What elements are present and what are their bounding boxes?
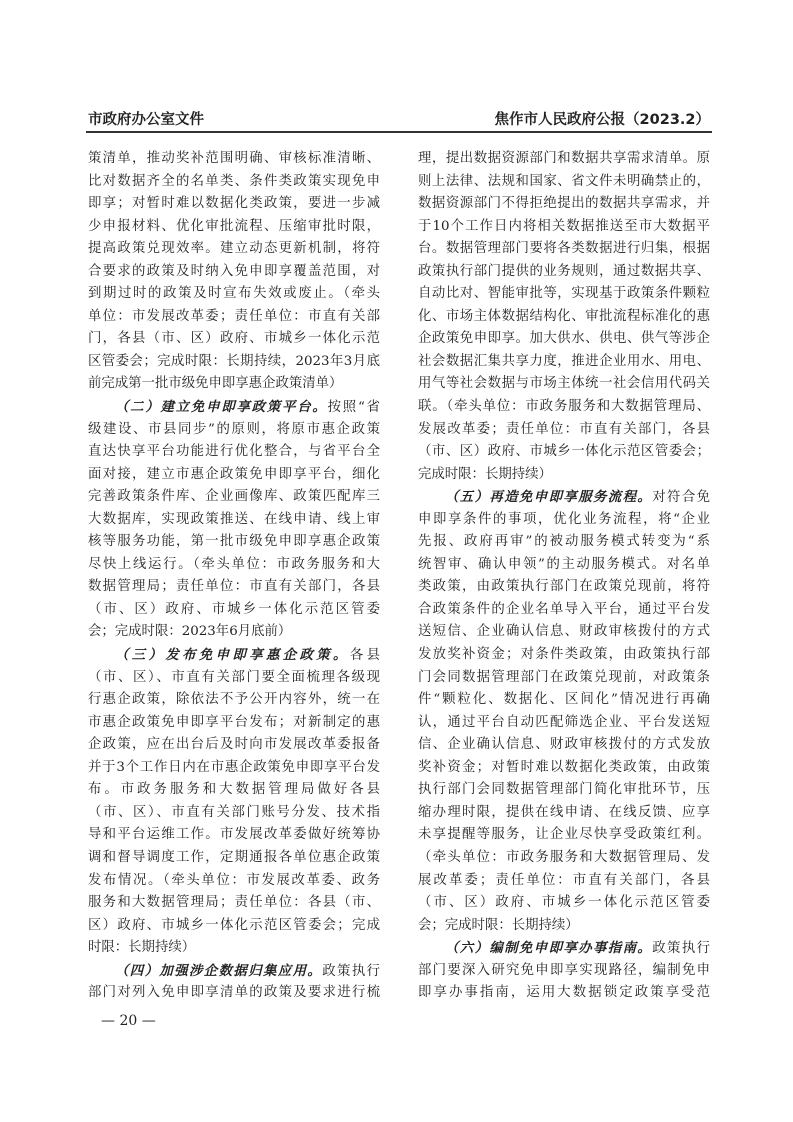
- header-publication-title: 焦作市人民政府公报（2023.2）: [495, 108, 710, 129]
- section-heading: （三）发布免申即享惠企政策。: [115, 647, 350, 663]
- line-text: 部门要深入研究免申即享实现路径，编制免申: [418, 963, 710, 978]
- text-line: （市、区）政府、市城乡一体化示范区管委: [418, 892, 710, 915]
- text-line: 展改革委；责任单位：市直有关部门，各县: [418, 870, 710, 893]
- text-line: 布。市政务服务和大数据管理局做好各县: [88, 779, 380, 802]
- line-text: 于10个工作日内将相关数据推送至市大数据平: [418, 219, 710, 234]
- line-text: 政策执行部门提供的业务规则，通过数据共享、: [418, 264, 710, 279]
- line-text: 发布情况。（牵头单位：市发展改革委、政务: [88, 873, 380, 888]
- header-rule-divider: [86, 131, 712, 133]
- text-line: （市、区）政府、市城乡一体化示范区管委会；: [418, 441, 710, 464]
- text-line: 奖补资金；对暂时难以数据化类政策，由政策: [418, 757, 710, 780]
- line-text: 完善政策条件库、企业画像库、政策匹配库三: [88, 489, 380, 504]
- text-line: 类政策，由政策执行部门在政策兑现前，将符: [418, 576, 710, 599]
- text-line: 完善政策条件库、企业画像库、政策匹配库三: [88, 486, 380, 509]
- text-line: 调和督导调度工作，定期通报各单位惠企政策: [88, 847, 380, 870]
- line-text: 单位：市发展改革委；责任单位：市直有关部: [88, 309, 380, 324]
- line-text: 社会数据汇集共享力度，推进企业用水、用电、: [418, 354, 710, 369]
- line-text: 合政策条件的企业名单导入平台，通过平台发: [418, 602, 710, 617]
- line-text: 各县: [350, 648, 380, 663]
- line-text: 即享办事指南，运用大数据锁定政策享受范: [418, 985, 710, 1000]
- line-text: 核等服务功能，第一批市级免申即享惠企政策: [88, 534, 380, 549]
- line-text: 到期过时的政策及时宣布失效或废止。（牵头: [88, 286, 380, 301]
- line-text: （市、区）、市直有关部门要全面梳理各级现: [88, 670, 380, 685]
- line-text: （市、区）政府、市城乡一体化示范区管委: [418, 895, 710, 910]
- line-text: 执行部门会同数据管理部门简化审批环节，压: [418, 782, 710, 797]
- text-line: 核等服务功能，第一批市级免申即享惠企政策: [88, 531, 380, 554]
- section-heading-line: （二）建立免申即享政策平台。按照“省: [88, 396, 380, 419]
- text-line: 政策执行部门提供的业务规则，通过数据共享、: [418, 261, 710, 284]
- page-number: — 20 —: [101, 1013, 156, 1029]
- text-line: 发展改革委；责任单位：市直有关部门，各县: [418, 419, 710, 442]
- header-section-title: 市政府办公室文件: [88, 108, 204, 129]
- line-text: 大数据库，实现政策推送、在线申请、线上审: [88, 512, 380, 527]
- text-line: 即享办事指南，运用大数据锁定政策享受范: [418, 982, 710, 1005]
- line-text: 并于3个工作日内在市惠企政策免申即享平台发: [88, 760, 380, 775]
- line-text: 化、市场主体数据结构化、审批流程标准化的惠: [418, 309, 710, 324]
- line-text: 未享提醒等服务，让企业尽快享受政策红利。: [418, 827, 710, 842]
- line-text: 政策执行: [652, 941, 710, 956]
- right-text-column: 理，提出数据资源部门和数据共享需求清单。原则上法律、法规和国家、省文件未明确禁止…: [418, 148, 710, 1005]
- line-text: 提高政策兑现效率。建立动态更新机制，将符: [88, 241, 380, 256]
- text-line: 尽快上线运行。（牵头单位：市政务服务和大: [88, 554, 380, 577]
- line-text: 自动比对、智能审批等，实现基于政策条件颗粒: [418, 286, 710, 301]
- line-text: 会；完成时限：2023年6月底前）: [88, 624, 291, 639]
- line-text: 送短信、企业确认信息、财政审核拨付的方式: [418, 624, 710, 639]
- line-text: 统智审、确认申领”的主动服务模式。对名单: [418, 557, 710, 572]
- text-line: 级建设、市县同步”的原则，将原市惠企政策: [88, 419, 380, 442]
- text-line: 完成时限：长期持续）: [418, 464, 710, 487]
- line-text: 门，各县（市、区）政府、市城乡一体化示范: [88, 331, 380, 346]
- line-text: 奖补资金；对暂时难以数据化类政策，由政策: [418, 760, 710, 775]
- line-text: 对符合免: [652, 490, 710, 505]
- line-text: 用气等社会数据与市场主体统一社会信用代码关: [418, 376, 710, 391]
- text-line: 策清单，推动奖补范围明确、审核标准清晰、: [88, 148, 380, 171]
- text-line: 门，各县（市、区）政府、市城乡一体化示范: [88, 328, 380, 351]
- text-line: 企政策，应在出台后及时向市发展改革委报备: [88, 734, 380, 757]
- text-line: 件“颗粒化、数据化、区间化”情况进行再确: [418, 689, 710, 712]
- line-text: 合要求的政策及时纳入免申即享覆盖范围，对: [88, 264, 380, 279]
- line-text: 先报、政府再审”的被动服务模式转变为“系: [418, 534, 710, 549]
- line-text: 发放奖补资金；对条件类政策，由政策执行部: [418, 647, 710, 662]
- text-line: 即享；对暂时难以数据化类政策，要进一步减: [88, 193, 380, 216]
- line-text: 服务和大数据管理局；责任单位：各县（市、: [88, 895, 380, 910]
- text-line: 社会数据汇集共享力度，推进企业用水、用电、: [418, 351, 710, 374]
- text-line: 时限：长期持续）: [88, 937, 380, 960]
- section-heading-line: （三）发布免申即享惠企政策。各县: [88, 644, 380, 667]
- line-text: 比对数据齐全的名单类、条件类政策实现免申: [88, 174, 380, 189]
- line-text: 展改革委；责任单位：市直有关部门，各县: [418, 873, 710, 888]
- text-line: 认，通过平台自动匹配筛选企业、平台发送短: [418, 712, 710, 735]
- text-line: 单位：市发展改革委；责任单位：市直有关部: [88, 306, 380, 329]
- text-line: 联。（牵头单位：市政务服务和大数据管理局、: [418, 396, 710, 419]
- line-text: 完成时限：长期持续）: [418, 467, 552, 482]
- text-line: 送短信、企业确认信息、财政审核拨付的方式: [418, 621, 710, 644]
- text-line: 理，提出数据资源部门和数据共享需求清单。原: [418, 148, 710, 171]
- text-line: 发放奖补资金；对条件类政策，由政策执行部: [418, 644, 710, 667]
- text-line: 台。数据管理部门要将各类数据进行归集，根据: [418, 238, 710, 261]
- running-header: 市政府办公室文件 焦作市人民政府公报（2023.2）: [88, 108, 710, 130]
- text-line: 提高政策兑现效率。建立动态更新机制，将符: [88, 238, 380, 261]
- text-line: 服务和大数据管理局；责任单位：各县（市、: [88, 892, 380, 915]
- line-text: 部门对列入免申即享清单的政策及要求进行梳: [88, 985, 380, 1000]
- line-text: 理，提出数据资源部门和数据共享需求清单。原: [418, 151, 710, 166]
- text-line: （市、区）、市直有关部门账号分发、技术指: [88, 802, 380, 825]
- line-text: 行惠企政策，除依法不予公开内容外，统一在: [88, 692, 380, 707]
- line-text: 少申报材料、优化审批流程、压缩审批时限，: [88, 219, 380, 234]
- text-line: 合政策条件的企业名单导入平台，通过平台发: [418, 599, 710, 622]
- text-line: 会；完成时限：长期持续）: [418, 915, 710, 938]
- section-heading: （五）再造免申即享服务流程。: [445, 489, 652, 505]
- text-line: 到期过时的政策及时宣布失效或废止。（牵头: [88, 283, 380, 306]
- section-heading-line: （四）加强涉企数据归集应用。政策执行: [88, 960, 380, 983]
- section-heading: （四）加强涉企数据归集应用。: [115, 963, 322, 979]
- line-text: 缩办理时限，提供在线申请、在线反馈、应享: [418, 805, 710, 820]
- line-text: 信、企业确认信息、财政审核拨付的方式发放: [418, 737, 710, 752]
- line-text: 会；完成时限：长期持续）: [418, 918, 579, 933]
- line-text: 门会同数据管理部门在政策兑现前，对政策条: [418, 670, 710, 685]
- line-text: 策清单，推动奖补范围明确、审核标准清晰、: [88, 151, 380, 166]
- line-text: 调和督导调度工作，定期通报各单位惠企政策: [88, 850, 380, 865]
- text-line: 比对数据齐全的名单类、条件类政策实现免申: [88, 171, 380, 194]
- text-line: 会；完成时限：2023年6月底前）: [88, 621, 380, 644]
- text-line: 合要求的政策及时纳入免申即享覆盖范围，对: [88, 261, 380, 284]
- text-line: 部门对列入免申即享清单的政策及要求进行梳: [88, 982, 380, 1005]
- text-line: （牵头单位：市政务服务和大数据管理局、发: [418, 847, 710, 870]
- text-line: 企政策免申即享。加大供水、供电、供气等涉企: [418, 328, 710, 351]
- line-text: 数据管理局；责任单位：市直有关部门，各县: [88, 579, 380, 594]
- text-line: 先报、政府再审”的被动服务模式转变为“系: [418, 531, 710, 554]
- line-text: 区）政府、市城乡一体化示范区管委会；完成: [88, 918, 380, 933]
- line-text: 布。市政务服务和大数据管理局做好各县: [88, 782, 380, 797]
- text-line: 前完成第一批市级免申即享惠企政策清单）: [88, 373, 380, 396]
- text-line: 未享提醒等服务，让企业尽快享受政策红利。: [418, 824, 710, 847]
- text-line: 数据资源部门不得拒绝提出的数据共享需求，并: [418, 193, 710, 216]
- text-line: 导和平台运维工作。市发展改革委做好统筹协: [88, 824, 380, 847]
- line-text: 市惠企政策免申即享平台发布；对新制定的惠: [88, 715, 380, 730]
- text-line: 行惠企政策，除依法不予公开内容外，统一在: [88, 689, 380, 712]
- text-line: 部门要深入研究免申即享实现路径，编制免申: [418, 960, 710, 983]
- text-line: 发布情况。（牵头单位：市发展改革委、政务: [88, 870, 380, 893]
- text-line: （市、区）政府、市城乡一体化示范区管委: [88, 599, 380, 622]
- line-text: 申即享条件的事项，优化业务流程，将“企业: [418, 512, 710, 527]
- section-heading-line: （五）再造免申即享服务流程。对符合免: [418, 486, 710, 509]
- line-text: 前完成第一批市级免申即享惠企政策清单）: [88, 376, 342, 391]
- line-text: 发展改革委；责任单位：市直有关部门，各县: [418, 422, 710, 437]
- line-text: 直达快享平台功能进行优化整合，与省平台全: [88, 444, 380, 459]
- text-line: 用气等社会数据与市场主体统一社会信用代码关: [418, 373, 710, 396]
- text-line: 信、企业确认信息、财政审核拨付的方式发放: [418, 734, 710, 757]
- line-text: （市、区）、市直有关部门账号分发、技术指: [88, 805, 380, 820]
- text-line: 于10个工作日内将相关数据推送至市大数据平: [418, 216, 710, 239]
- line-text: 即享；对暂时难以数据化类政策，要进一步减: [88, 196, 380, 211]
- text-line: 少申报材料、优化审批流程、压缩审批时限，: [88, 216, 380, 239]
- section-heading-line: （六）编制免申即享办事指南。政策执行: [418, 937, 710, 960]
- line-text: 联。（牵头单位：市政务服务和大数据管理局、: [418, 399, 710, 414]
- line-text: 认，通过平台自动匹配筛选企业、平台发送短: [418, 715, 710, 730]
- line-text: （市、区）政府、市城乡一体化示范区管委: [88, 602, 380, 617]
- line-text: 尽快上线运行。（牵头单位：市政务服务和大: [88, 557, 380, 572]
- text-line: 数据管理局；责任单位：市直有关部门，各县: [88, 576, 380, 599]
- text-line: （市、区）、市直有关部门要全面梳理各级现: [88, 667, 380, 690]
- line-text: 按照“省: [328, 400, 380, 415]
- line-text: （牵头单位：市政务服务和大数据管理局、发: [418, 850, 710, 865]
- line-text: （市、区）政府、市城乡一体化示范区管委会；: [418, 444, 710, 459]
- line-text: 时限：长期持续）: [88, 940, 195, 955]
- line-text: 导和平台运维工作。市发展改革委做好统筹协: [88, 827, 380, 842]
- text-line: 缩办理时限，提供在线申请、在线反馈、应享: [418, 802, 710, 825]
- section-heading: （六）编制免申即享办事指南。: [445, 940, 652, 956]
- line-text: 数据资源部门不得拒绝提出的数据共享需求，并: [418, 196, 710, 211]
- line-text: 区管委会；完成时限：长期持续，2023年3月底: [88, 354, 380, 369]
- line-text: 件“颗粒化、数据化、区间化”情况进行再确: [418, 692, 710, 707]
- line-text: 政策执行: [322, 964, 380, 979]
- text-line: 化、市场主体数据结构化、审批流程标准化的惠: [418, 306, 710, 329]
- line-text: 类政策，由政策执行部门在政策兑现前，将符: [418, 579, 710, 594]
- line-text: 则上法律、法规和国家、省文件未明确禁止的，: [418, 174, 710, 189]
- text-line: 申即享条件的事项，优化业务流程，将“企业: [418, 509, 710, 532]
- text-line: 市惠企政策免申即享平台发布；对新制定的惠: [88, 712, 380, 735]
- line-text: 面对接，建立市惠企政策免申即享平台，细化: [88, 467, 380, 482]
- line-text: 级建设、市县同步”的原则，将原市惠企政策: [88, 422, 380, 437]
- text-line: 统智审、确认申领”的主动服务模式。对名单: [418, 554, 710, 577]
- text-line: 区管委会；完成时限：长期持续，2023年3月底: [88, 351, 380, 374]
- line-text: 台。数据管理部门要将各类数据进行归集，根据: [418, 241, 710, 256]
- line-text: 企政策免申即享。加大供水、供电、供气等涉企: [418, 331, 710, 346]
- text-line: 自动比对、智能审批等，实现基于政策条件颗粒: [418, 283, 710, 306]
- left-text-column: 策清单，推动奖补范围明确、审核标准清晰、比对数据齐全的名单类、条件类政策实现免申…: [88, 148, 380, 1005]
- text-line: 门会同数据管理部门在政策兑现前，对政策条: [418, 667, 710, 690]
- text-line: 面对接，建立市惠企政策免申即享平台，细化: [88, 464, 380, 487]
- line-text: 企政策，应在出台后及时向市发展改革委报备: [88, 737, 380, 752]
- text-line: 执行部门会同数据管理部门简化审批环节，压: [418, 779, 710, 802]
- text-line: 大数据库，实现政策推送、在线申请、线上审: [88, 509, 380, 532]
- text-line: 则上法律、法规和国家、省文件未明确禁止的，: [418, 171, 710, 194]
- text-line: 直达快享平台功能进行优化整合，与省平台全: [88, 441, 380, 464]
- text-line: 并于3个工作日内在市惠企政策免申即享平台发: [88, 757, 380, 780]
- section-heading: （二）建立免申即享政策平台。: [115, 399, 328, 415]
- text-line: 区）政府、市城乡一体化示范区管委会；完成: [88, 915, 380, 938]
